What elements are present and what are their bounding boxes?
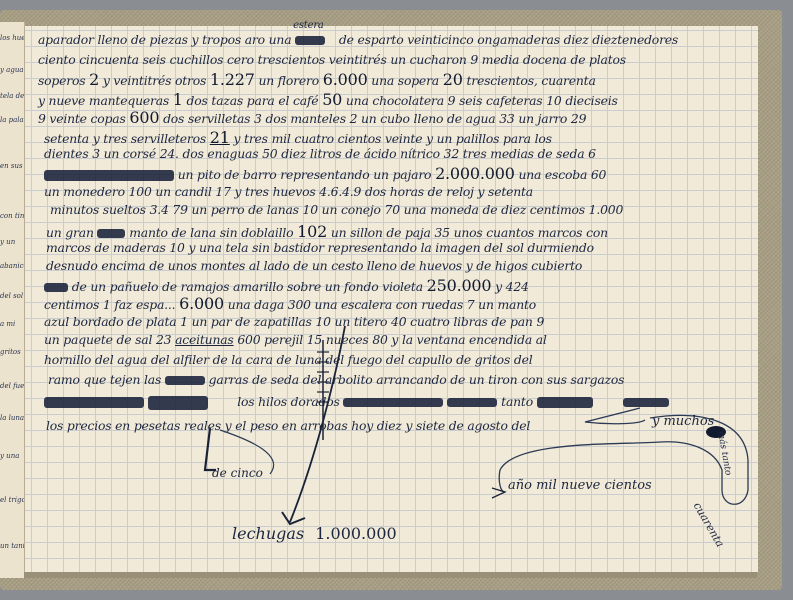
quantity: 1.000.000	[315, 524, 396, 543]
annotation-de-cinco: de cinco	[212, 466, 263, 480]
ink-strokes	[0, 0, 793, 600]
annotation-y-muchos: y muchos	[652, 414, 714, 429]
annotation-ano: año mil nueve cientos	[508, 478, 652, 493]
annotation-word: lechugas	[232, 524, 304, 543]
annotation-lechugas: lechugas 1.000.000	[232, 524, 397, 543]
